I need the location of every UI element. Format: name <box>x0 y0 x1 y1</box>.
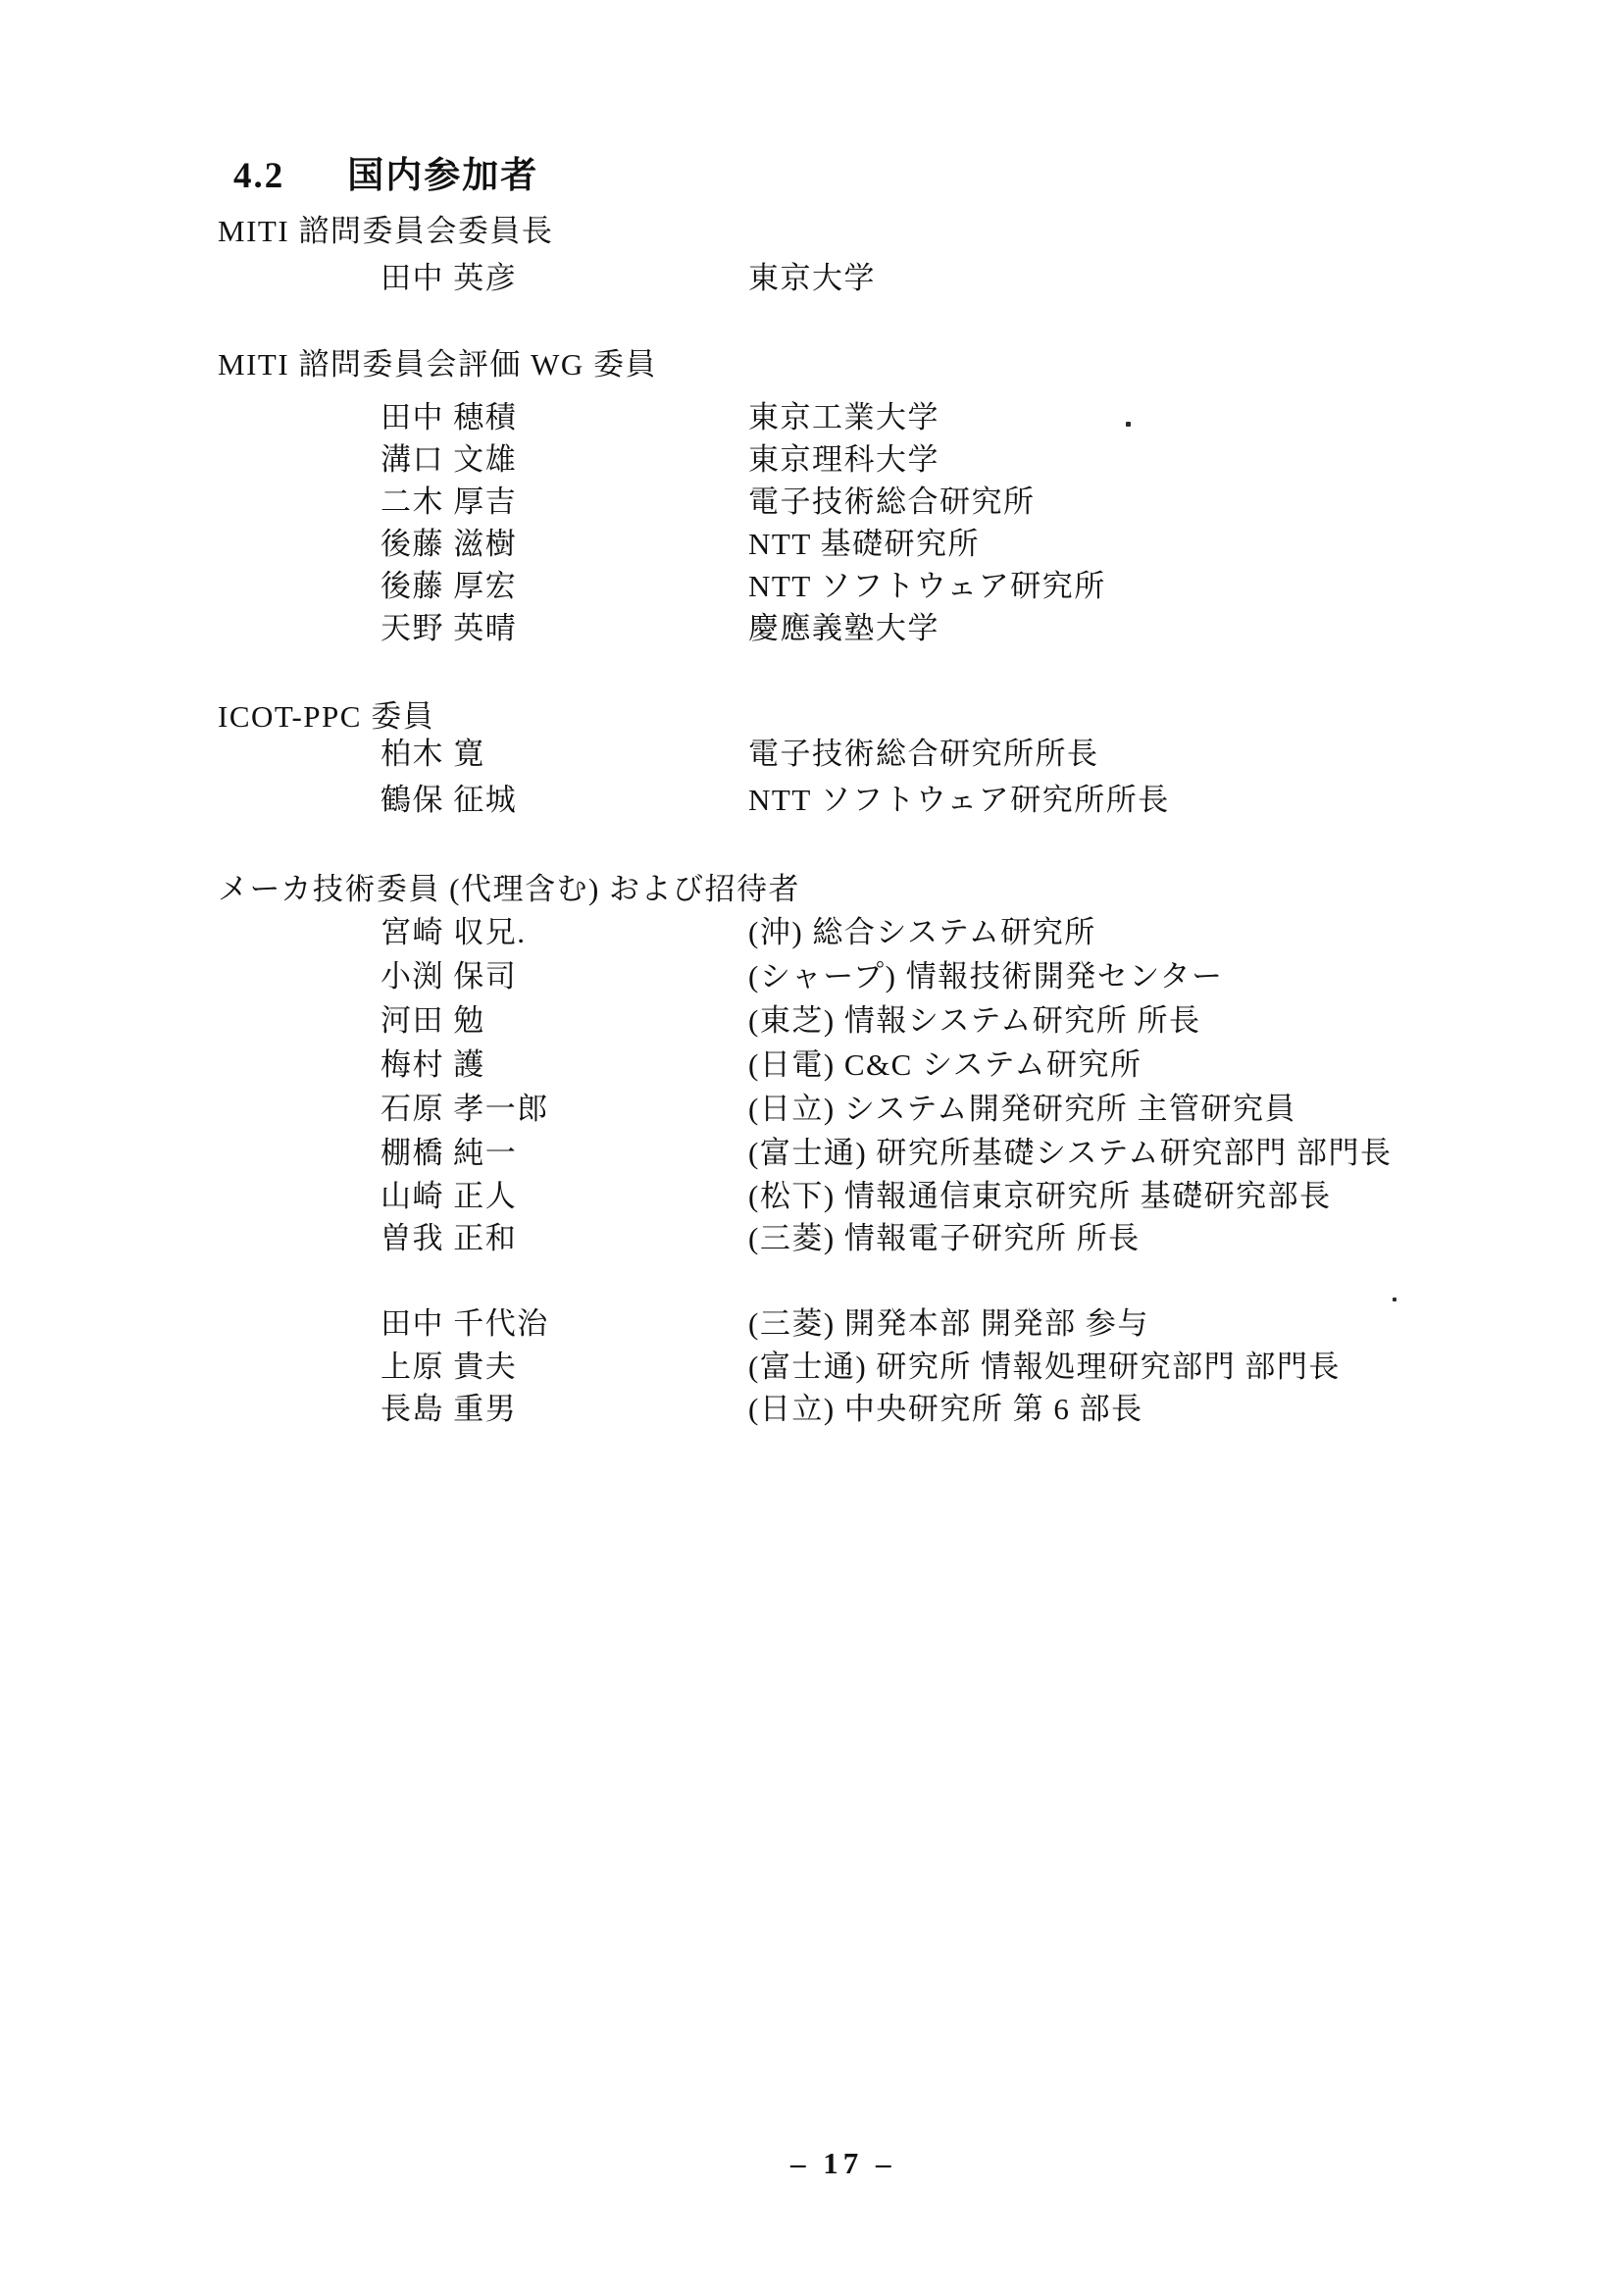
participant-affiliation: (日立) システム開発研究所 主管研究員 <box>748 1088 1296 1131</box>
participant-affiliation: (富士通) 研究所基礎システム研究部門 部門長 <box>748 1132 1393 1175</box>
participant-name: 田中 千代治 <box>381 1302 549 1346</box>
participant-row: 宮崎 収兄. (沖) 総合システム研究所 <box>0 911 1624 954</box>
participant-name: 河田 勉 <box>381 999 485 1043</box>
participant-name: 後藤 厚宏 <box>381 565 517 608</box>
participant-name: 山崎 正人 <box>381 1175 517 1218</box>
section-heading: 4.2国内参加者 <box>233 145 538 198</box>
scan-artifact-dot <box>1393 1298 1396 1301</box>
participant-row: 田中 英彦 東京大学 <box>0 257 1624 300</box>
participant-row: 上原 貴夫 (富士通) 研究所 情報処理研究部門 部門長 <box>0 1346 1624 1389</box>
participant-row: 河田 勉 (東芝) 情報システム研究所 所長 <box>0 999 1624 1043</box>
participant-row: 鶴保 征城 NTT ソフトウェア研究所所長 <box>0 779 1624 822</box>
participant-row: 天野 英晴 慶應義塾大学 <box>0 607 1624 650</box>
participant-affiliation: 慶應義塾大学 <box>748 607 939 650</box>
participant-affiliation: (日電) C&C システム研究所 <box>748 1044 1142 1087</box>
participant-name: 棚橋 純一 <box>381 1132 517 1175</box>
participant-row: 後藤 滋樹 NTT 基礎研究所 <box>0 523 1624 566</box>
participant-row: 後藤 厚宏 NTT ソフトウェア研究所 <box>0 565 1624 608</box>
participant-row: 溝口 文雄 東京理科大学 <box>0 438 1624 482</box>
participant-row: 柏木 寛 電子技術総合研究所所長 <box>0 733 1624 776</box>
participant-affiliation: NTT ソフトウェア研究所 <box>748 565 1106 608</box>
participant-name: 曽我 正和 <box>381 1217 517 1260</box>
participant-name: 天野 英晴 <box>381 607 517 650</box>
participant-name: 田中 英彦 <box>381 257 517 300</box>
participant-affiliation: 電子技術総合研究所 <box>748 481 1036 524</box>
participant-name: 溝口 文雄 <box>381 438 517 482</box>
participant-affiliation: (三菱) 開発本部 開発部 参与 <box>748 1302 1149 1346</box>
participant-affiliation: 東京理科大学 <box>748 438 939 482</box>
participant-name: 小渕 保司 <box>381 955 517 998</box>
participant-row: 棚橋 純一 (富士通) 研究所基礎システム研究部門 部門長 <box>0 1132 1624 1175</box>
group-label-maker: メーカ技術委員 (代理含む) および招待者 <box>218 868 800 911</box>
participant-affiliation: (三菱) 情報電子研究所 所長 <box>748 1217 1141 1260</box>
section-title: 国内参加者 <box>347 156 538 196</box>
participant-row: 二木 厚吉 電子技術総合研究所 <box>0 481 1624 524</box>
participant-affiliation: NTT ソフトウェア研究所所長 <box>748 779 1170 822</box>
participant-affiliation: (沖) 総合システム研究所 <box>748 911 1096 954</box>
participant-name: 梅村 護 <box>381 1044 485 1087</box>
participant-row: 石原 孝一郎 (日立) システム開発研究所 主管研究員 <box>0 1088 1624 1131</box>
participant-affiliation: (日立) 中央研究所 第 6 部長 <box>748 1388 1143 1431</box>
participant-row: 田中 穂積 東京工業大学 <box>0 396 1624 439</box>
participant-affiliation: NTT 基礎研究所 <box>748 523 980 566</box>
participant-affiliation: (松下) 情報通信東京研究所 基礎研究部長 <box>748 1175 1332 1218</box>
participant-name: 鶴保 征城 <box>381 779 517 822</box>
participant-row: 田中 千代治 (三菱) 開発本部 開発部 参与 <box>0 1302 1624 1346</box>
participant-name: 後藤 滋樹 <box>381 523 517 566</box>
participant-name: 長島 重男 <box>381 1388 517 1431</box>
participant-name: 石原 孝一郎 <box>381 1088 549 1131</box>
participant-name: 宮崎 収兄. <box>381 911 527 954</box>
participant-affiliation: 東京工業大学 <box>748 396 939 439</box>
participant-name: 柏木 寛 <box>381 733 485 776</box>
participant-row: 曽我 正和 (三菱) 情報電子研究所 所長 <box>0 1217 1624 1260</box>
group-label-miti-wg: MITI 諮問委員会評価 WG 委員 <box>218 343 657 386</box>
group-label-miti-chair: MITI 諮問委員会委員長 <box>218 210 553 253</box>
participant-affiliation: (富士通) 研究所 情報処理研究部門 部門長 <box>748 1346 1341 1389</box>
participant-name: 二木 厚吉 <box>381 481 517 524</box>
page-number: – 17 – <box>790 2146 896 2181</box>
section-number: 4.2 <box>233 156 284 196</box>
participant-row: 梅村 護 (日電) C&C システム研究所 <box>0 1044 1624 1087</box>
participant-affiliation: (シャープ) 情報技術開発センター <box>748 955 1224 998</box>
document-page: 4.2国内参加者 MITI 諮問委員会委員長 田中 英彦 東京大学 MITI 諮… <box>0 0 1624 2293</box>
participant-affiliation: (東芝) 情報システム研究所 所長 <box>748 999 1201 1043</box>
scan-artifact-dot <box>1126 422 1131 427</box>
participant-row: 小渕 保司 (シャープ) 情報技術開発センター <box>0 955 1624 998</box>
participant-name: 田中 穂積 <box>381 396 517 439</box>
participant-row: 長島 重男 (日立) 中央研究所 第 6 部長 <box>0 1388 1624 1431</box>
participant-name: 上原 貴夫 <box>381 1346 517 1389</box>
participant-affiliation: 電子技術総合研究所所長 <box>748 733 1099 776</box>
participant-row: 山崎 正人 (松下) 情報通信東京研究所 基礎研究部長 <box>0 1175 1624 1218</box>
participant-affiliation: 東京大学 <box>748 257 876 300</box>
